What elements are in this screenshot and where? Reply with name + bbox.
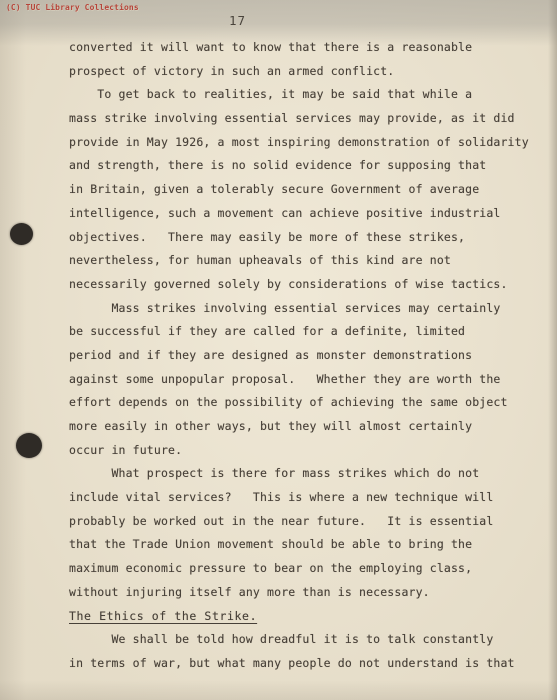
text-line: objectives. There may easily be more of … <box>69 226 539 250</box>
text-line: provide in May 1926, a most inspiring de… <box>69 131 539 155</box>
text-line: mass strike involving essential services… <box>69 107 539 131</box>
text-line: in Britain, given a tolerably secure Gov… <box>69 178 539 202</box>
text-line: occur in future. <box>69 439 539 463</box>
text-line: probably be worked out in the near futur… <box>69 510 539 534</box>
text-line: converted it will want to know that ther… <box>69 36 539 60</box>
text-line: against some unpopular proposal. Whether… <box>69 368 539 392</box>
text-line: more easily in other ways, but they will… <box>69 415 539 439</box>
text-line: be successful if they are called for a d… <box>69 320 539 344</box>
text-line: prospect of victory in such an armed con… <box>69 60 539 84</box>
section-heading: The Ethics of the Strike. <box>69 605 539 629</box>
text-line: that the Trade Union movement should be … <box>69 533 539 557</box>
text-line: effort depends on the possibility of ach… <box>69 391 539 415</box>
text-line: period and if they are designed as monst… <box>69 344 539 368</box>
text-line: nevertheless, for human upheavals of thi… <box>69 249 539 273</box>
text-line: maximum economic pressure to bear on the… <box>69 557 539 581</box>
text-line: include vital services? This is where a … <box>69 486 539 510</box>
text-line: in terms of war, but what many people do… <box>69 652 539 676</box>
scanned-document-page: (C) TUC Library Collections 17 converted… <box>0 0 557 700</box>
text-line: necessarily governed solely by considera… <box>69 273 539 297</box>
text-line: Mass strikes involving essential service… <box>69 297 539 321</box>
text-line: We shall be told how dreadful it is to t… <box>69 628 539 652</box>
typewritten-text-block: converted it will want to know that ther… <box>69 36 539 676</box>
hole-punch-bottom <box>16 433 42 458</box>
text-line: and strength, there is no solid evidence… <box>69 154 539 178</box>
page-number: 17 <box>229 13 246 28</box>
library-collection-stamp: (C) TUC Library Collections <box>6 3 139 12</box>
text-line: intelligence, such a movement can achiev… <box>69 202 539 226</box>
text-line: What prospect is there for mass strikes … <box>69 462 539 486</box>
hole-punch-top <box>10 223 33 245</box>
text-line: To get back to realities, it may be said… <box>69 83 539 107</box>
text-line: without injuring itself any more than is… <box>69 581 539 605</box>
